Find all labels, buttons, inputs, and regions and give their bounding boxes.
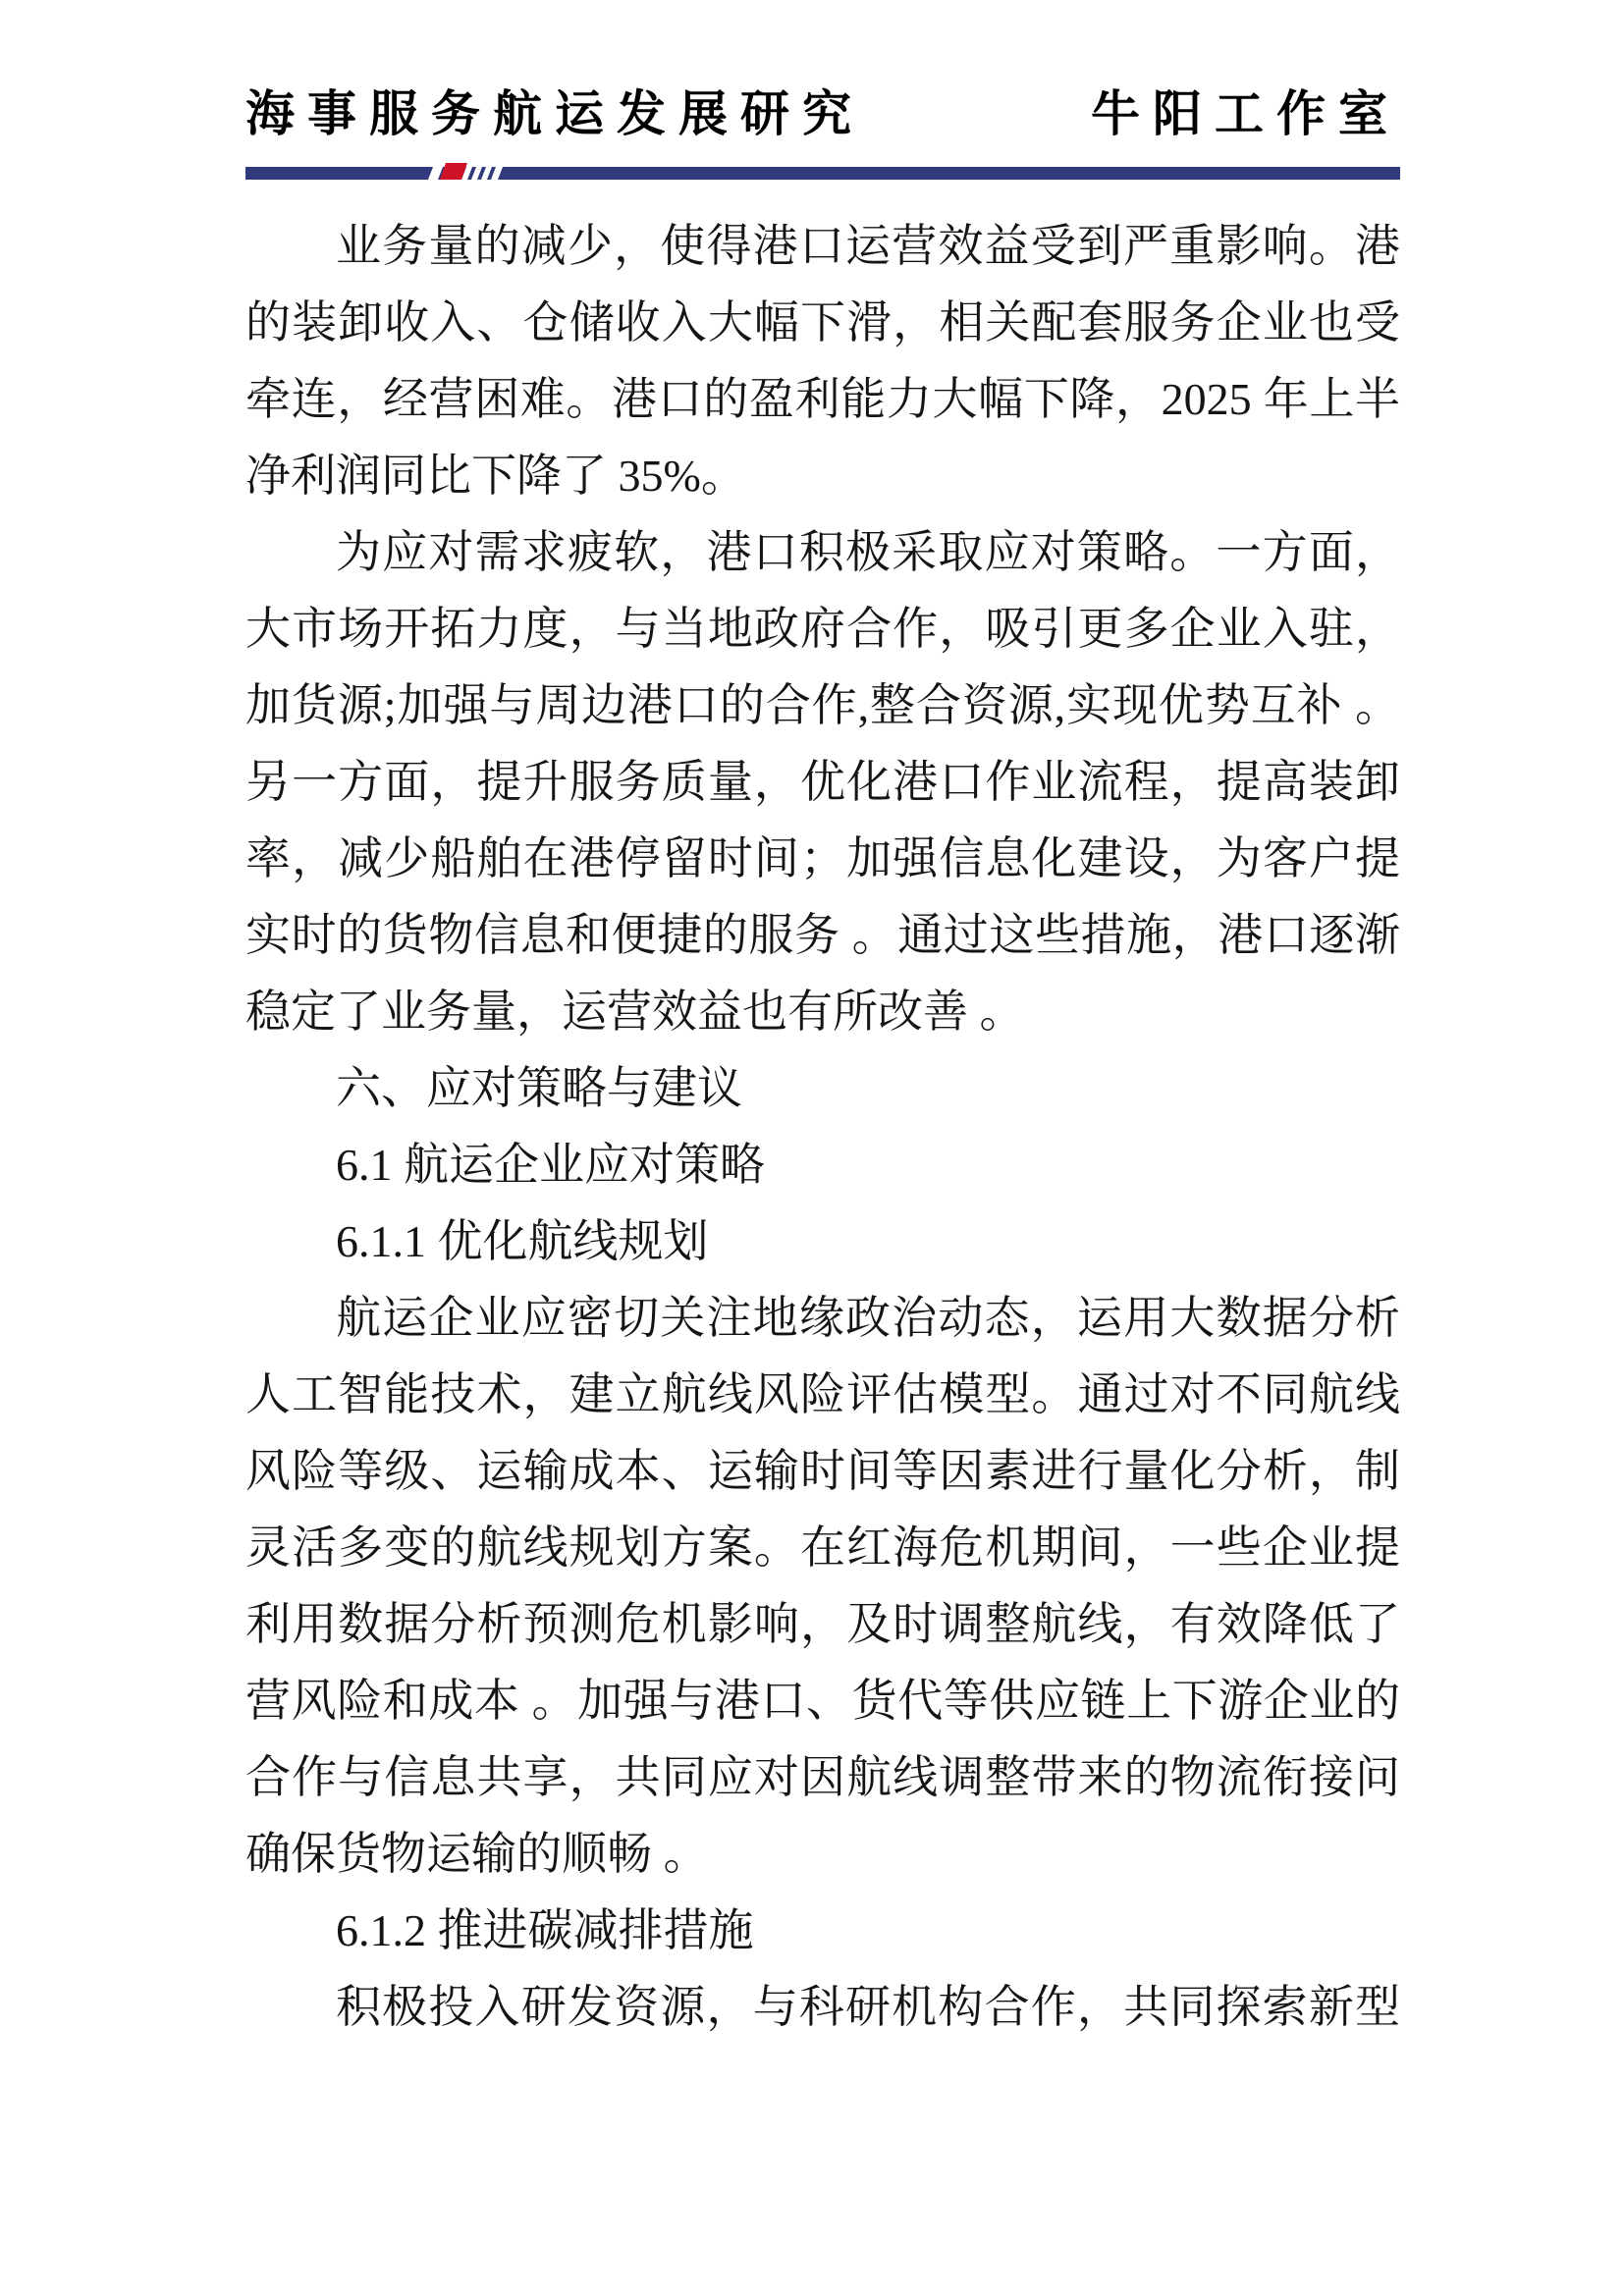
section-heading: 6.1.2 推进碳减排措施: [245, 1893, 1400, 1969]
text-line: 实时的货物信息和便捷的服务 。通过这些措施，港口逐渐: [245, 897, 1400, 974]
document-page: 海事服务航运发展研究 牛阳工作室 业务量的减少，使得港口运营效益受到严重影响。港…: [0, 0, 1624, 2296]
text-line: 的装卸收入、仓储收入大幅下滑，相关配套服务企业也受到: [245, 285, 1400, 361]
section-heading: 6.1.1 优化航线规划: [245, 1203, 1400, 1280]
header-left-title: 海事服务航运发展研究: [245, 84, 864, 143]
text-line: 净利润同比下降了 35%。: [245, 438, 1400, 514]
text-line: 航运企业应密切关注地缘政治动态，运用大数据分析和: [245, 1280, 1400, 1357]
text-line: 营风险和成本 。加强与港口、货代等供应链上下游企业的: [245, 1663, 1400, 1739]
text-line: 牵连，经营困难。港口的盈利能力大幅下降，2025 年上半年: [245, 361, 1400, 438]
text-line: 风险等级、运输成本、运输时间等因素进行量化分析，制定: [245, 1433, 1400, 1510]
text-line: 积极投入研发资源，与科研机构合作，共同探索新型节: [245, 1969, 1400, 2046]
section-heading: 6.1 航运企业应对策略: [245, 1127, 1400, 1203]
page-header: 海事服务航运发展研究 牛阳工作室: [245, 84, 1400, 143]
header-rule: [245, 167, 1400, 180]
header-right-title: 牛阳工作室: [1091, 84, 1400, 143]
text-line: 稳定了业务量，运营效益也有所改善 。: [245, 974, 1400, 1050]
text-line: 灵活多变的航线规划方案。在红海危机期间，一些企业提前: [245, 1510, 1400, 1586]
text-line: 另一方面，提升服务质量，优化港口作业流程，提高装卸效: [245, 744, 1400, 821]
text-line: 确保货物运输的顺畅 。: [245, 1816, 1400, 1893]
text-line: 加货源;加强与周边港口的合作,整合资源,实现优势互补 。: [245, 667, 1400, 744]
text-line: 利用数据分析预测危机影响，及时调整航线，有效降低了运: [245, 1586, 1400, 1663]
document-body: 业务量的减少，使得港口运营效益受到严重影响。港口 的装卸收入、仓储收入大幅下滑，…: [245, 208, 1400, 2046]
text-line: 合作与信息共享，共同应对因航线调整带来的物流衔接问题，: [245, 1739, 1400, 1816]
text-line: 率，减少船舶在港停留时间；加强信息化建设，为客户提供: [245, 821, 1400, 897]
header-rule-decor-icon: [422, 163, 520, 180]
text-line: 为应对需求疲软，港口积极采取应对策略。一方面，加: [245, 514, 1400, 591]
section-heading: 六、应对策略与建议: [245, 1050, 1400, 1127]
text-line: 大市场开拓力度，与当地政府合作，吸引更多企业入驻，增: [245, 591, 1400, 667]
text-line: 业务量的减少，使得港口运营效益受到严重影响。港口: [245, 208, 1400, 285]
text-line: 人工智能技术，建立航线风险评估模型。通过对不同航线的: [245, 1357, 1400, 1433]
